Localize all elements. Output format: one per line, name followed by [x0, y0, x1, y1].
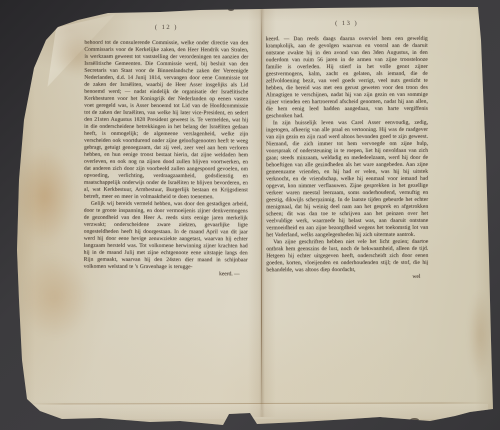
edge-speck — [410, 418, 419, 422]
catchword-left: keerd. — — [84, 271, 248, 279]
stain-blob — [14, 148, 76, 244]
book-scan: ( 12 ) behoord tot de consulerende Commi… — [0, 0, 500, 430]
page-left: ( 12 ) behoord tot de consulerende Commi… — [84, 24, 249, 279]
page-number-right: ( 13 ) — [266, 20, 428, 27]
underlying-page-edge — [28, 404, 488, 419]
paper-sheet: ( 12 ) behoord tot de consulerende Commi… — [0, 0, 500, 430]
stain-blob — [20, 255, 90, 339]
catchword-right: wel — [266, 274, 428, 281]
edge-speck — [138, 9, 145, 12]
body-text-paragraph: In zijn huisselijk leven was Carel Asser… — [266, 120, 428, 239]
stain-blob — [468, 290, 492, 380]
body-text-paragraph: behoord tot de consulerende Commissie, w… — [84, 40, 249, 202]
body-text-paragraph: Gelijk wij bereids vermeld hebben, was d… — [84, 201, 248, 272]
gutter-fold-line — [261, 10, 262, 410]
page-number-left: ( 12 ) — [84, 24, 248, 32]
body-text-paragraph: Van zijne geschriften hebben niet vele h… — [266, 239, 428, 274]
edge-speck — [228, 8, 234, 11]
page-right: ( 13 ) keerd. — Dan reeds daags daarna o… — [266, 20, 429, 281]
body-text-paragraph: keerd. — Dan reeds daags daarna overviel… — [266, 36, 428, 120]
